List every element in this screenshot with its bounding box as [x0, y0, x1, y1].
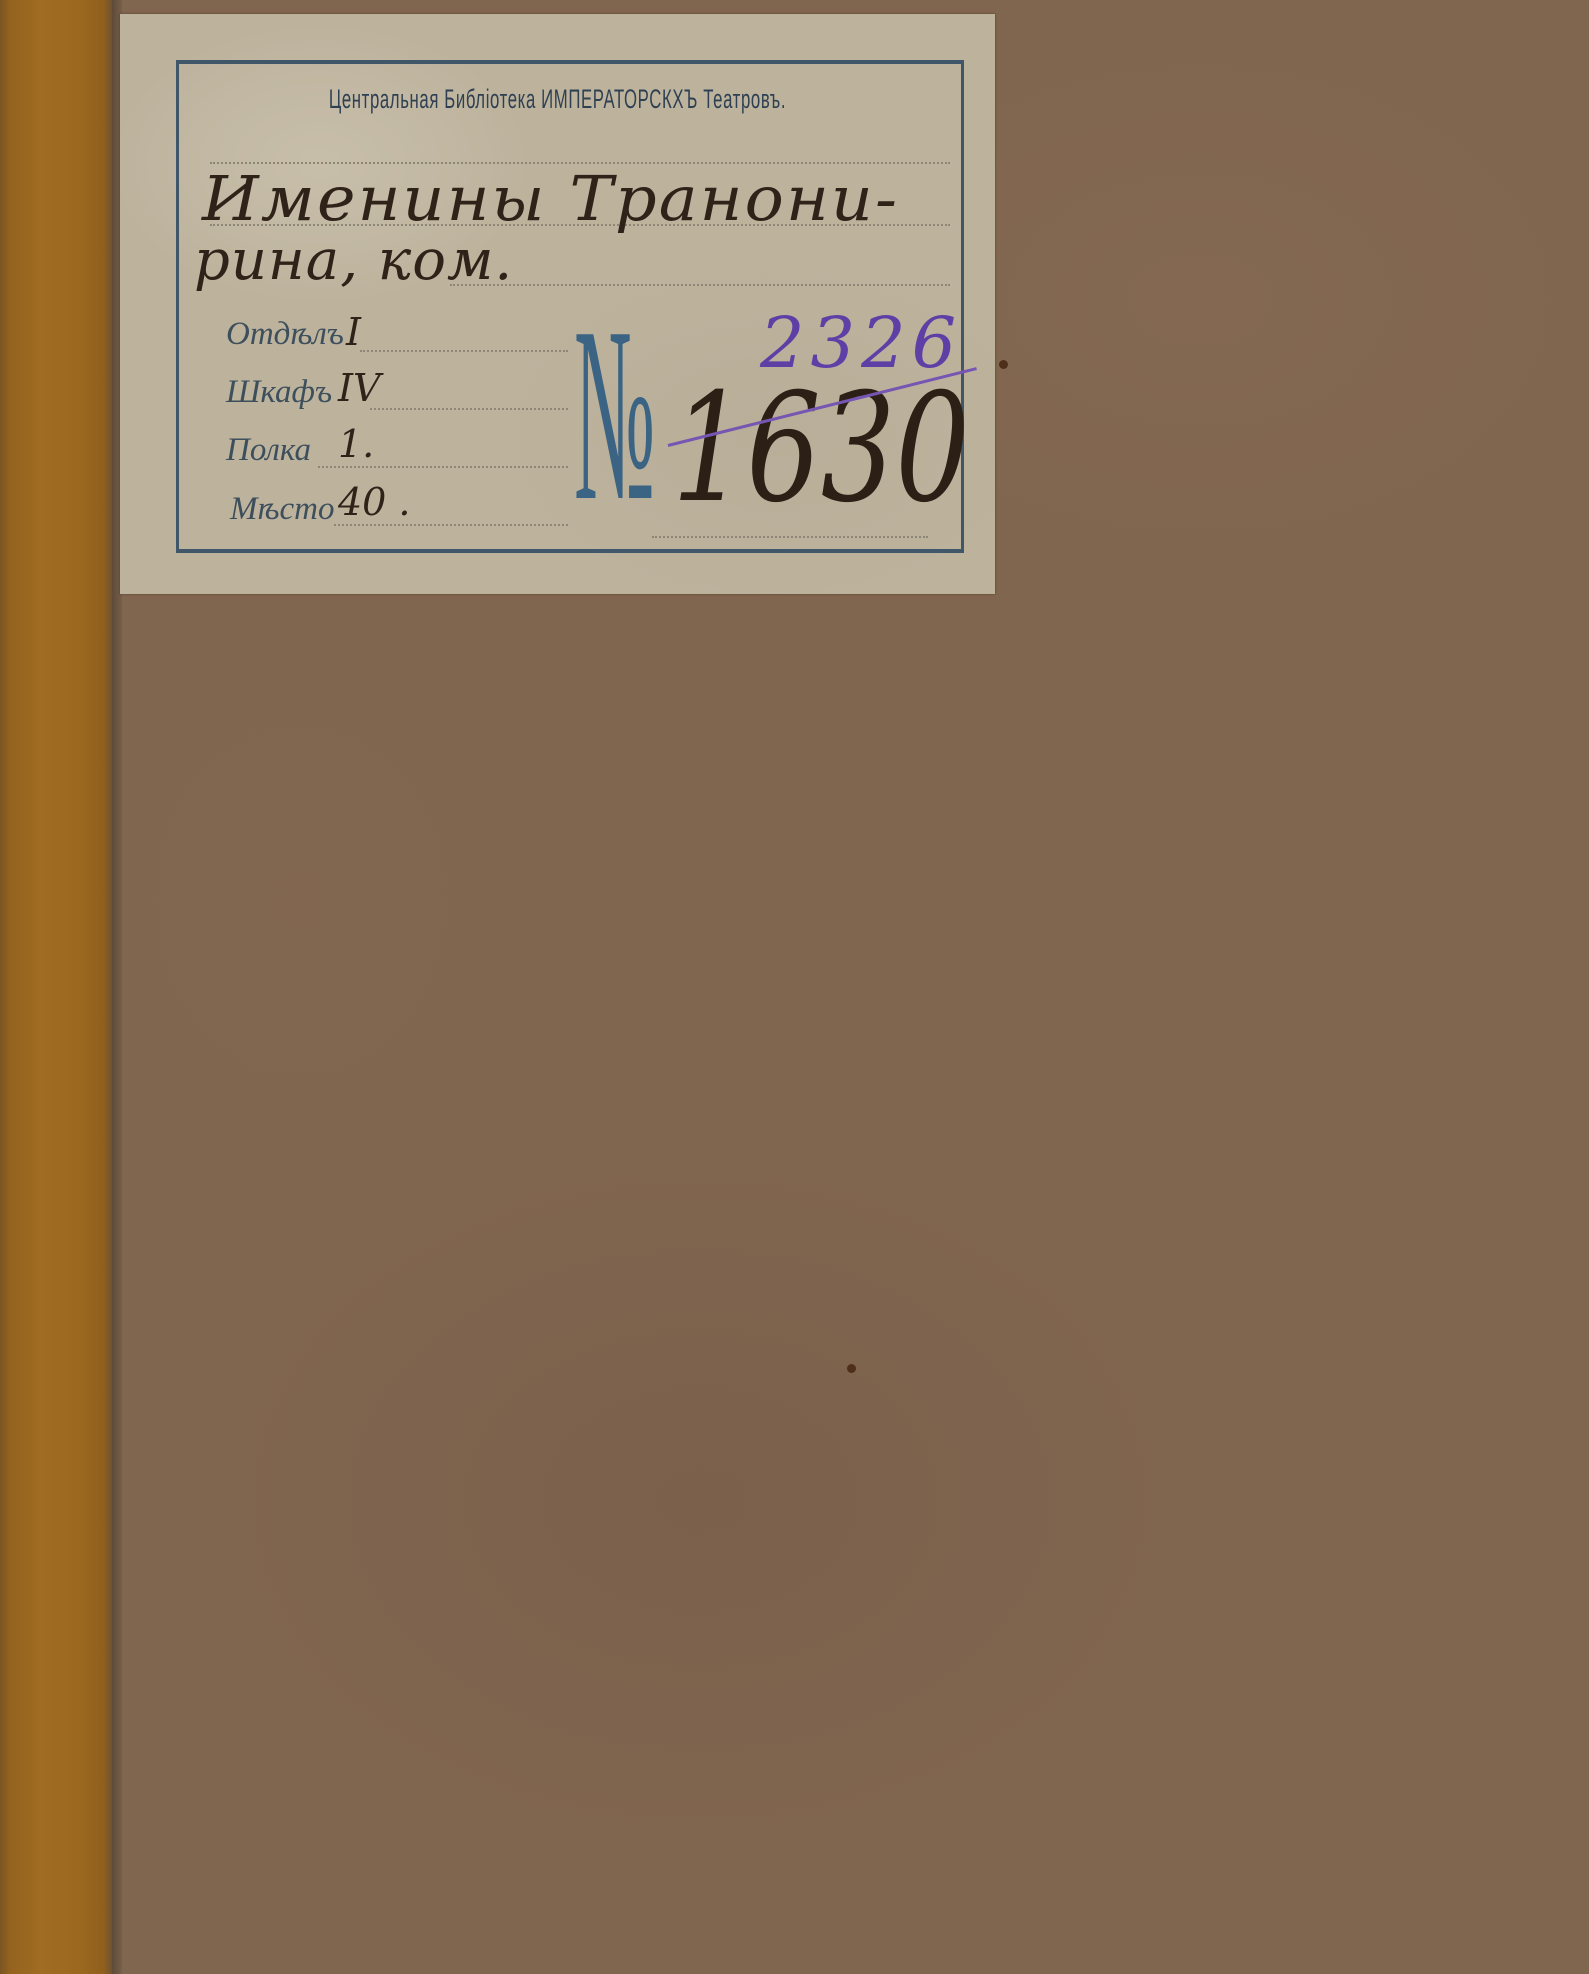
title-line-2: рина, ком. — [194, 228, 513, 293]
old-catalog-number: 1630 — [672, 374, 970, 524]
dotted-rule — [652, 536, 928, 538]
dotted-rule — [334, 524, 568, 526]
field-value-place: 40 . — [338, 480, 411, 524]
field-value-shelf: 1. — [338, 422, 374, 466]
dotted-rule — [370, 408, 568, 410]
field-label-place: Мѣсто — [230, 491, 334, 528]
dotted-rule — [450, 284, 950, 286]
field-label-shelf: Полка — [226, 432, 311, 469]
cover-speck — [847, 1364, 856, 1373]
field-label-department: Отдѣлъ — [226, 316, 344, 353]
library-header: Центральная Библіотека ИМПЕРАТОРСКХЪ Теа… — [286, 84, 829, 115]
number-sign: № — [574, 310, 655, 520]
title-line-1: Именины Транони- — [202, 162, 899, 235]
field-value-cabinet: IV — [338, 366, 380, 410]
dotted-rule — [318, 466, 568, 468]
cover-speck — [999, 360, 1008, 369]
dotted-rule — [360, 350, 568, 352]
book-spine — [0, 0, 112, 1974]
field-value-department: I — [346, 310, 361, 354]
library-label: Центральная Библіотека ИМПЕРАТОРСКХЪ Теа… — [120, 14, 995, 594]
field-label-cabinet: Шкафъ — [226, 374, 332, 411]
